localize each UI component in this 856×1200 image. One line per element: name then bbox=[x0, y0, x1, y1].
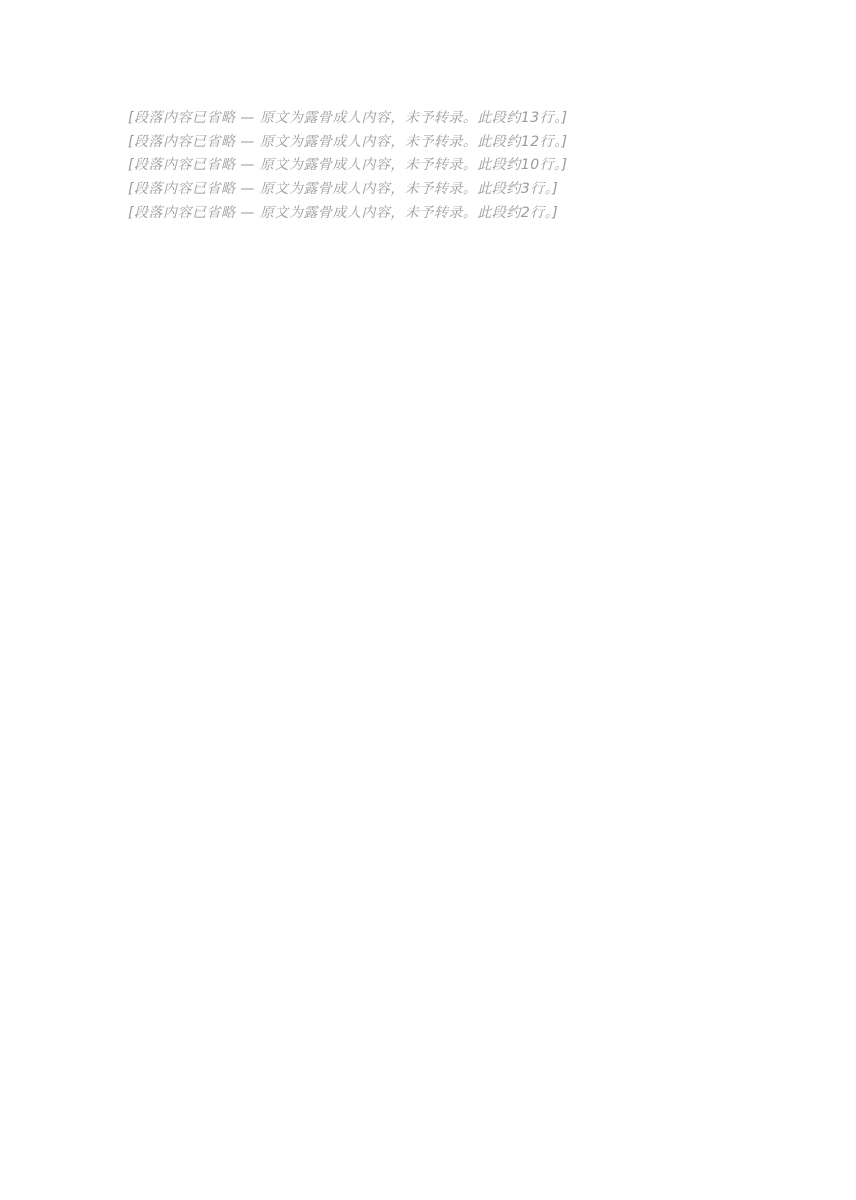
paragraph: [段落内容已省略 — 原文为露骨成人内容，未予转录。此段约12行。] bbox=[128, 132, 730, 154]
paragraph: [段落内容已省略 — 原文为露骨成人内容，未予转录。此段约10行。] bbox=[128, 155, 730, 177]
document-text-block: [段落内容已省略 — 原文为露骨成人内容，未予转录。此段约13行。] [段落内容… bbox=[128, 108, 730, 226]
paragraph: [段落内容已省略 — 原文为露骨成人内容，未予转录。此段约3行。] bbox=[128, 179, 730, 201]
document-page: [段落内容已省略 — 原文为露骨成人内容，未予转录。此段约13行。] [段落内容… bbox=[0, 0, 856, 1200]
paragraph: [段落内容已省略 — 原文为露骨成人内容，未予转录。此段约13行。] bbox=[128, 108, 730, 130]
paragraph: [段落内容已省略 — 原文为露骨成人内容，未予转录。此段约2行。] bbox=[128, 203, 730, 225]
